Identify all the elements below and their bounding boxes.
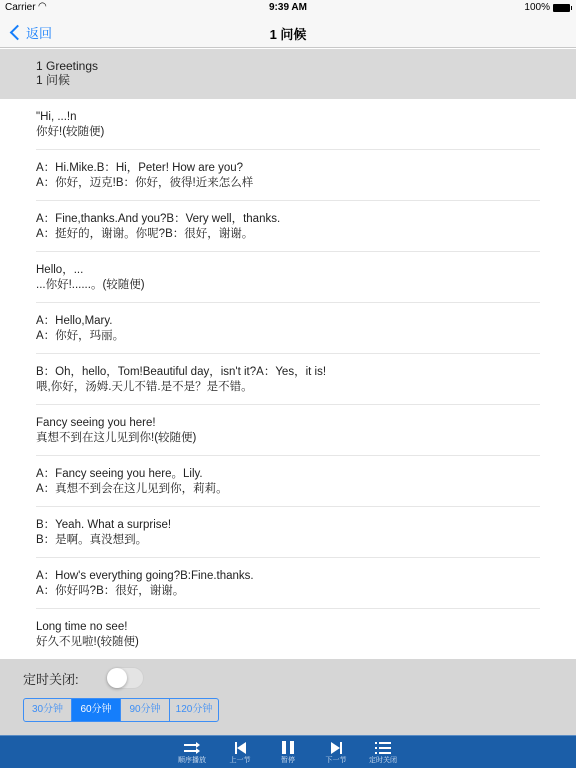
timer-label: 定时关闭: [23, 669, 79, 688]
phrase-zh: A：你好，迈克!B：你好，彼得!近来怎么样 [36, 176, 576, 191]
section-title-en: 1 Greetings [36, 59, 576, 73]
previous-icon [235, 742, 246, 754]
pause-icon [282, 741, 294, 754]
phrase-en: B：Oh，hello，Tom!Beautiful day，isn't it?A：… [36, 365, 576, 380]
timer-panel: 定时关闭: 30分钟 60分钟 90分钟 120分钟 [0, 659, 576, 735]
play-order-label: 顺序播放 [168, 756, 216, 765]
phrase-en: A：Hello,Mary. [36, 314, 576, 329]
phrase-en: "Hi, ...!n [36, 110, 576, 125]
list-item[interactable]: A：Hello,Mary.A：你好，玛丽。 [0, 303, 576, 354]
phrase-zh: A：你好，玛丽。 [36, 329, 576, 344]
timer-off-button[interactable]: 定时关闭 [359, 739, 407, 765]
phrase-en: Fancy seeing you here! [36, 416, 576, 431]
option-60-min[interactable]: 60分钟 [72, 699, 121, 721]
option-90-min[interactable]: 90分钟 [121, 699, 170, 721]
phrase-zh: B：是啊。真没想到。 [36, 533, 576, 548]
phrase-zh: A：真想不到会在这儿见到你，莉莉。 [36, 482, 576, 497]
list-item[interactable]: B：Yeah. What a surprise!B：是啊。真没想到。 [0, 507, 576, 558]
list-item[interactable]: "Hi, ...!n你好!(较随便) [0, 99, 576, 150]
list-icon [375, 742, 391, 754]
next-label: 下一节 [312, 756, 360, 765]
status-bar: Carrier ◠ 9:39 AM 100% [0, 0, 576, 16]
status-time: 9:39 AM [0, 2, 576, 13]
timer-toggle[interactable] [106, 667, 144, 689]
option-30-min[interactable]: 30分钟 [24, 699, 72, 721]
battery-icon [553, 4, 570, 12]
section-title-zh: 1 问候 [36, 73, 576, 87]
battery-percent: 100% [524, 2, 550, 13]
pause-label: 暂停 [264, 756, 312, 765]
option-120-min[interactable]: 120分钟 [170, 699, 218, 721]
phrase-en: Hello，... [36, 263, 576, 278]
play-order-button[interactable]: 顺序播放 [168, 739, 216, 765]
phrase-en: Long time no see! [36, 620, 576, 635]
phrase-en: B：Yeah. What a surprise! [36, 518, 576, 533]
phrase-zh: 真想不到在这儿见到你!(较随便) [36, 431, 576, 446]
previous-button[interactable]: 上一节 [216, 739, 264, 765]
phrase-zh: A：你好吗?B：很好，谢谢。 [36, 584, 576, 599]
shuffle-icon [184, 742, 200, 754]
phrase-en: A：Hi.Mike.B：Hi，Peter! How are you? [36, 161, 576, 176]
list-item[interactable]: A：Fine,thanks.And you?B：Very well，thanks… [0, 201, 576, 252]
timer-duration-selector: 30分钟 60分钟 90分钟 120分钟 [23, 698, 219, 722]
toggle-knob [107, 668, 127, 688]
next-icon [331, 742, 342, 754]
navigation-bar: 返回 1 问候 [0, 16, 576, 48]
phrase-zh: 好久不见啦!(较随便) [36, 635, 576, 650]
phrase-en: A：Fancy seeing you here。Lily. [36, 467, 576, 482]
phrase-zh: ...你好!......。(较随便) [36, 278, 576, 293]
list-item[interactable]: Long time no see!好久不见啦!(较随便) [0, 609, 576, 659]
timer-off-label: 定时关闭 [359, 756, 407, 765]
list-item[interactable]: A：How's everything going?B:Fine.thanks.A… [0, 558, 576, 609]
previous-label: 上一节 [216, 756, 264, 765]
section-header: 1 Greetings 1 问候 [0, 49, 576, 99]
phrase-en: A：How's everything going?B:Fine.thanks. [36, 569, 576, 584]
list-item[interactable]: Fancy seeing you here!真想不到在这儿见到你!(较随便) [0, 405, 576, 456]
pause-button[interactable]: 暂停 [264, 739, 312, 765]
phrase-en: A：Fine,thanks.And you?B：Very well，thanks… [36, 212, 576, 227]
phrase-zh: A：挺好的，谢谢。你呢?B：很好，谢谢。 [36, 227, 576, 242]
phrase-zh: 喂,你好，汤姆.天儿不错.是不是？是不错。 [36, 380, 576, 395]
next-button[interactable]: 下一节 [312, 739, 360, 765]
page-title: 1 问候 [0, 24, 576, 43]
phrase-list[interactable]: "Hi, ...!n你好!(较随便) A：Hi.Mike.B：Hi，Peter!… [0, 99, 576, 659]
phrase-zh: 你好!(较随便) [36, 125, 576, 140]
list-item[interactable]: Hello，......你好!......。(较随便) [0, 252, 576, 303]
list-item[interactable]: A：Fancy seeing you here。Lily.A：真想不到会在这儿见… [0, 456, 576, 507]
player-toolbar: 顺序播放 上一节 暂停 下一节 定时关闭 [0, 735, 576, 768]
list-item[interactable]: B：Oh，hello，Tom!Beautiful day，isn't it?A：… [0, 354, 576, 405]
list-item[interactable]: A：Hi.Mike.B：Hi，Peter! How are you?A：你好，迈… [0, 150, 576, 201]
